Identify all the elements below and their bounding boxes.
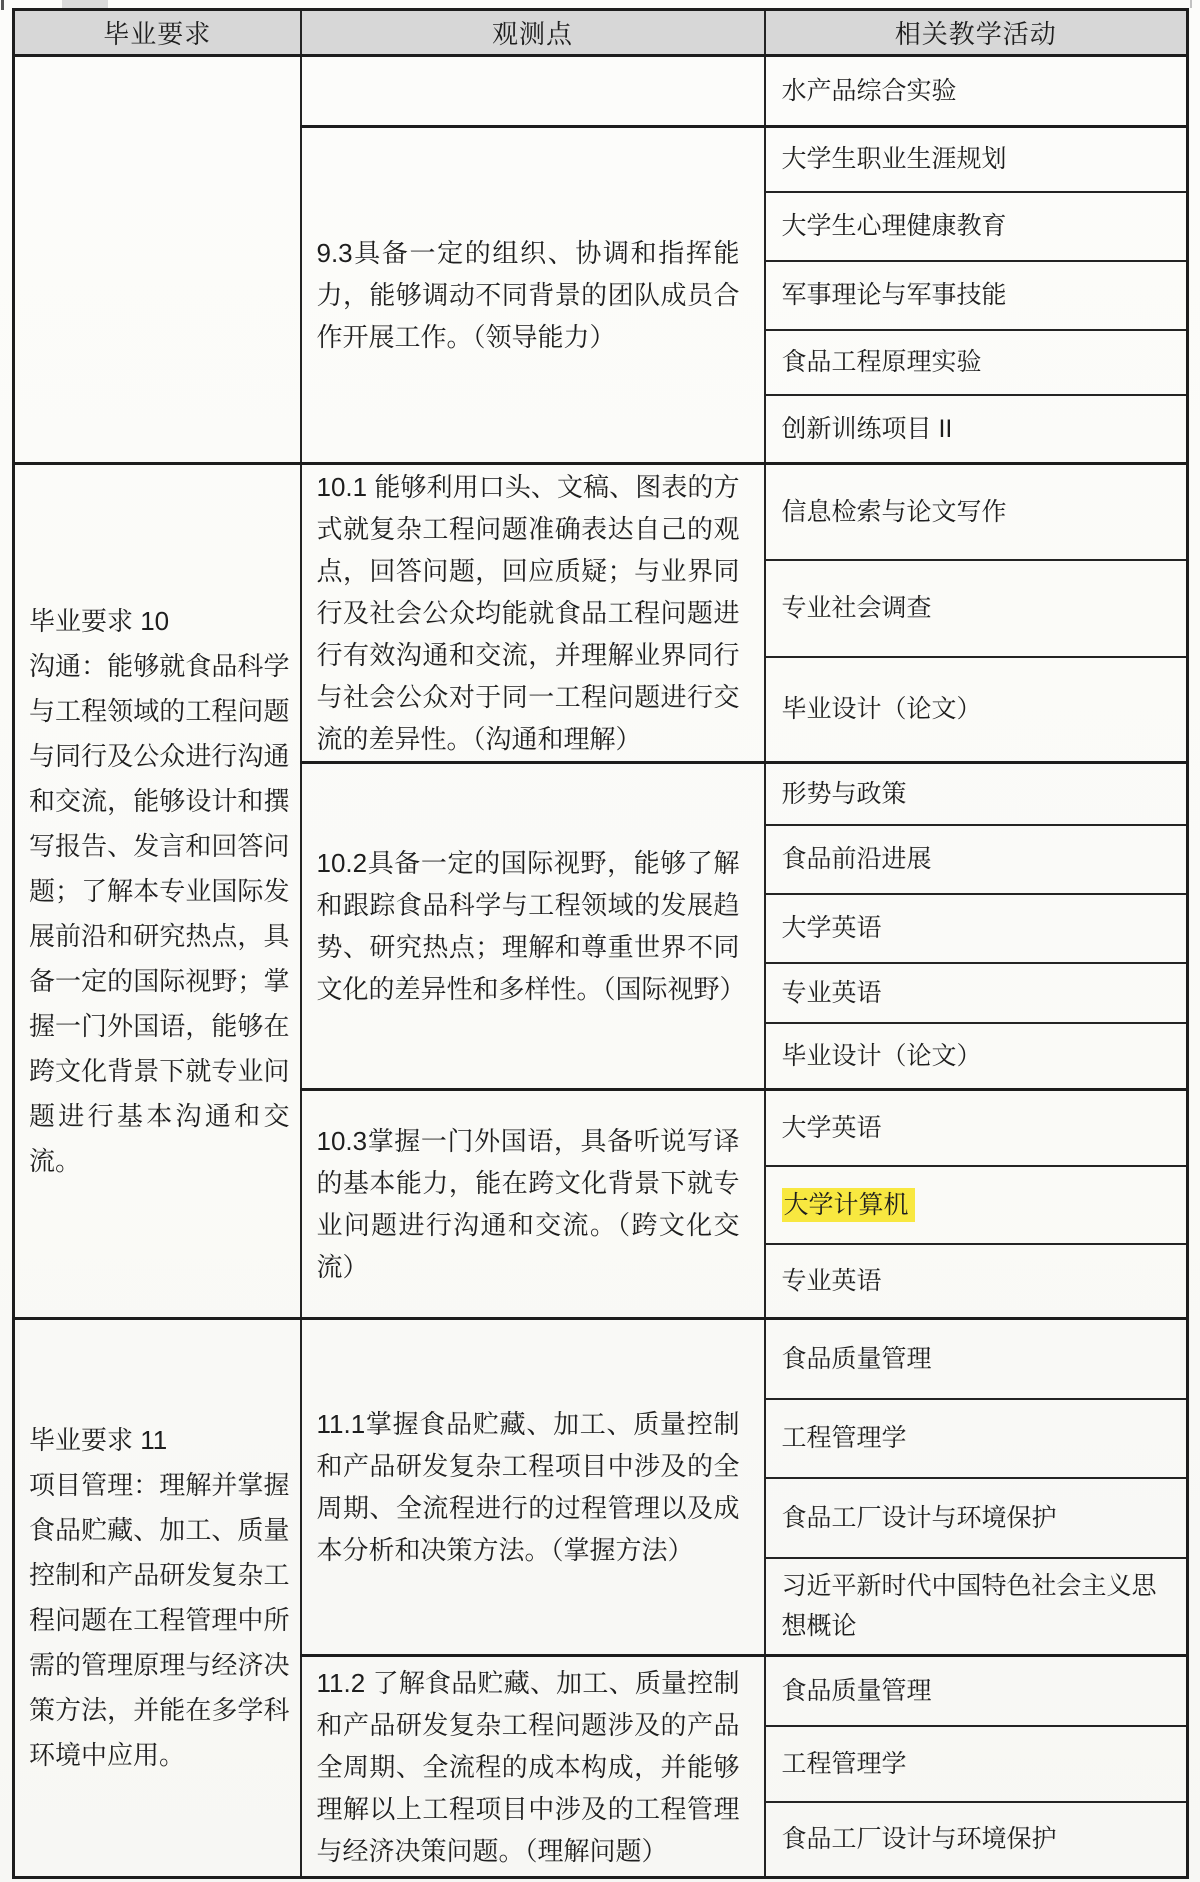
activity-label: 专业英语 — [782, 1267, 882, 1295]
activity-cell: 毕业设计（论文） — [765, 1023, 1188, 1090]
activity-label: 信息检索与论文写作 — [782, 498, 1007, 526]
observation-cell-9-x — [301, 56, 765, 127]
activity-label: 工程管理学 — [782, 1750, 907, 1778]
activity-label: 大学生心理健康教育 — [782, 212, 1007, 240]
highlighted-activity-label: 大学计算机 — [782, 1188, 915, 1222]
activity-row: 毕业要求 10 沟通：能够就食品科学与工程领域的工程问题与同行及公众进行沟通和交… — [14, 464, 1188, 560]
activity-cell: 信息检索与论文写作 — [765, 464, 1188, 560]
activity-cell: 食品工厂设计与环境保护 — [765, 1478, 1188, 1558]
scan-artifact-right-border-stub — [1190, 0, 1192, 8]
activity-cell: 大学英语 — [765, 894, 1188, 963]
activity-cell: 食品前沿进展 — [765, 825, 1188, 894]
activity-label: 食品工程原理实验 — [782, 348, 982, 376]
observation-cell-11-2: 11.2 了解食品贮藏、加工、质量控制和产品研发复杂工程问题涉及的产品全周期、全… — [301, 1656, 765, 1878]
scan-artifact-left-border-stub — [1, 0, 4, 10]
requirement-cell-11: 毕业要求 11 项目管理：理解并掌握食品贮藏、加工、质量控制和产品研发复杂工程问… — [14, 1319, 301, 1878]
activity-cell: 大学生心理健康教育 — [765, 192, 1188, 261]
activity-label: 形势与政策 — [782, 780, 907, 808]
header-cell-observation: 观测点 — [301, 10, 765, 56]
activity-label: 专业社会调查 — [782, 594, 932, 622]
requirement-cell-10: 毕业要求 10 沟通：能够就食品科学与工程领域的工程问题与同行及公众进行沟通和交… — [14, 464, 301, 1319]
activity-label: 水产品综合实验 — [782, 77, 957, 105]
activity-cell-highlighted: 大学计算机 — [765, 1166, 1188, 1244]
activity-label: 毕业设计（论文） — [782, 695, 982, 723]
observation-cell-10-1: 10.1 能够利用口头、文稿、图表的方式就复杂工程问题准确表达自己的观点，回答问… — [301, 464, 765, 763]
activity-label: 食品工厂设计与环境保护 — [782, 1504, 1057, 1532]
activity-row: 水产品综合实验 — [14, 56, 1188, 127]
activity-cell: 毕业设计（论文） — [765, 657, 1188, 763]
activity-cell: 专业英语 — [765, 1244, 1188, 1319]
activity-cell: 专业社会调查 — [765, 560, 1188, 657]
activity-label: 工程管理学 — [782, 1424, 907, 1452]
header-cell-requirement: 毕业要求 — [14, 10, 301, 56]
activity-label: 大学英语 — [782, 914, 882, 942]
activity-label: 食品质量管理 — [782, 1677, 932, 1705]
activity-label: 军事理论与军事技能 — [782, 281, 1007, 309]
observation-cell-10-2: 10.2具备一定的国际视野，能够了解和跟踪食品科学与工程领域的发展趋势、研究热点… — [301, 763, 765, 1090]
activity-label: 食品工厂设计与环境保护 — [782, 1825, 1057, 1853]
header-cell-activities: 相关教学活动 — [765, 10, 1188, 56]
scanned-document-page: 毕业要求 观测点 相关教学活动 水产品综合实验 9.3具备一定的组织、协调和指挥… — [0, 0, 1200, 1882]
activity-cell: 创新训练项目 II — [765, 395, 1188, 464]
activity-label: 食品前沿进展 — [782, 845, 932, 873]
header-row: 毕业要求 观测点 相关教学活动 — [14, 10, 1188, 56]
activity-cell: 食品工厂设计与环境保护 — [765, 1802, 1188, 1878]
observation-cell-9-3: 9.3具备一定的组织、协调和指挥能力，能够调动不同背景的团队成员合作开展工作。（… — [301, 127, 765, 464]
activity-label: 专业英语 — [782, 979, 882, 1007]
activity-label: 毕业设计（论文） — [782, 1042, 982, 1070]
observation-cell-10-3: 10.3掌握一门外国语，具备听说写译的基本能力，能在跨文化背景下就专业问题进行沟… — [301, 1090, 765, 1319]
activity-cell: 专业英语 — [765, 963, 1188, 1023]
activity-label: 创新训练项目 II — [782, 415, 953, 443]
activity-cell: 形势与政策 — [765, 763, 1188, 825]
activity-cell: 大学英语 — [765, 1090, 1188, 1166]
activity-cell: 大学生职业生涯规划 — [765, 127, 1188, 192]
observation-cell-11-1: 11.1掌握食品贮藏、加工、质量控制和产品研发复杂工程项目中涉及的全周期、全流程… — [301, 1319, 765, 1656]
activity-cell: 食品工程原理实验 — [765, 330, 1188, 395]
activity-label: 习近平新时代中国特色社会主义思想概论 — [782, 1572, 1157, 1640]
activity-cell: 工程管理学 — [765, 1726, 1188, 1802]
activity-row: 毕业要求 11 项目管理：理解并掌握食品贮藏、加工、质量控制和产品研发复杂工程问… — [14, 1319, 1188, 1399]
activity-cell: 习近平新时代中国特色社会主义思想概论 — [765, 1558, 1188, 1656]
requirement-cell-9 — [14, 56, 301, 464]
activity-cell: 水产品综合实验 — [765, 56, 1188, 127]
activity-cell: 食品质量管理 — [765, 1319, 1188, 1399]
activity-cell: 食品质量管理 — [765, 1656, 1188, 1726]
activity-cell: 军事理论与军事技能 — [765, 261, 1188, 330]
activity-label: 食品质量管理 — [782, 1345, 932, 1373]
activity-label: 大学生职业生涯规划 — [782, 145, 1007, 173]
activity-label: 大学英语 — [782, 1114, 882, 1142]
activity-cell: 工程管理学 — [765, 1399, 1188, 1478]
curriculum-matrix-table: 毕业要求 观测点 相关教学活动 水产品综合实验 9.3具备一定的组织、协调和指挥… — [12, 8, 1189, 1879]
